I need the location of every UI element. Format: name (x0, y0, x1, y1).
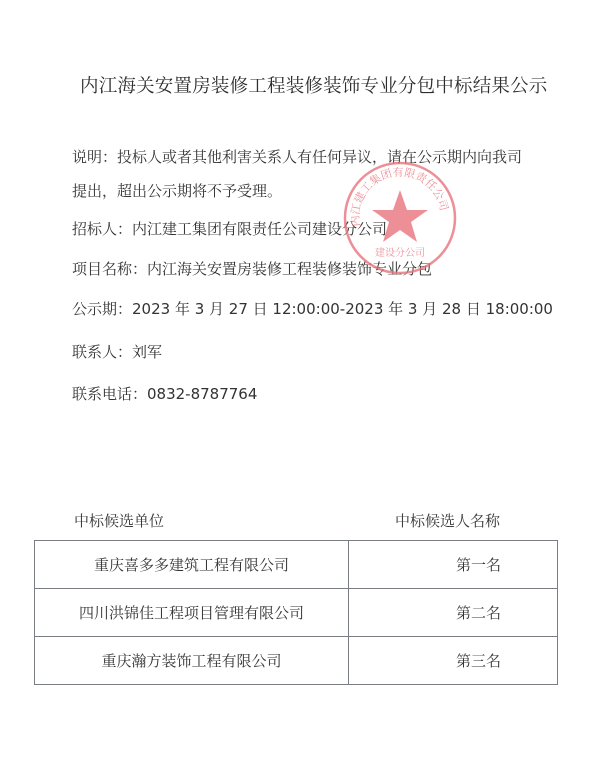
unit-cell: 四川洪锦佳工程项目管理有限公司 (35, 589, 349, 637)
header-candidate-name: 中标候选人名称 (395, 510, 500, 531)
table-row: 重庆瀚方装饰工程有限公司 第三名 (35, 637, 558, 685)
contact-phone: 联系电话：0832-8787764 (72, 383, 257, 404)
publicity-period: 公示期：2023 年 3 月 27 日 12:00:00-2023 年 3 月 … (72, 298, 553, 319)
results-table: 重庆喜多多建筑工程有限公司 第一名 四川洪锦佳工程项目管理有限公司 第二名 重庆… (34, 540, 558, 685)
tenderer: 招标人：内江建工集团有限责任公司建设分公司 (72, 218, 387, 239)
rank-cell: 第二名 (349, 589, 558, 637)
unit-cell: 重庆瀚方装饰工程有限公司 (35, 637, 349, 685)
table-row: 四川洪锦佳工程项目管理有限公司 第二名 (35, 589, 558, 637)
contact-person: 联系人：刘军 (72, 341, 162, 362)
unit-cell: 重庆喜多多建筑工程有限公司 (35, 541, 349, 589)
notice-line-2: 提出，超出公示期将不予受理。 (72, 180, 282, 201)
project-name: 项目名称：内江海关安置房装修工程装修装饰专业分包 (72, 258, 432, 279)
table-row: 重庆喜多多建筑工程有限公司 第一名 (35, 541, 558, 589)
rank-cell: 第三名 (349, 637, 558, 685)
notice-line-1: 说明：投标人或者其他利害关系人有任何异议，请在公示期内向我司 (72, 146, 522, 167)
rank-cell: 第一名 (349, 541, 558, 589)
header-winning-unit: 中标候选单位 (74, 510, 164, 531)
document-title: 内江海关安置房装修工程装修装饰专业分包中标结果公示 (80, 72, 548, 98)
